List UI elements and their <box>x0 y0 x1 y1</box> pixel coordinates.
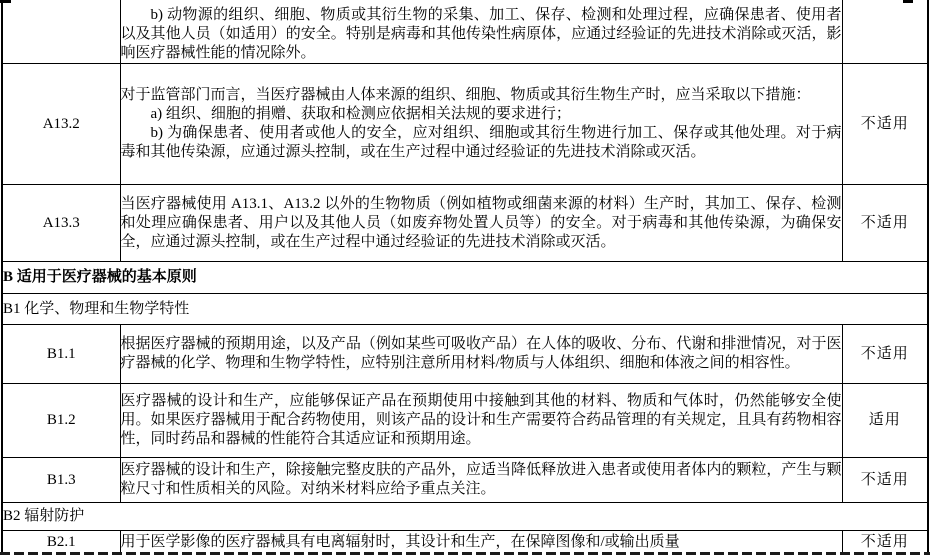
section-header: B 适用于医疗器械的基本原则 <box>2 262 928 294</box>
clause-paragraph: 当医疗器械使用 A13.1、A13.2 以外的生物物质（例如植物或细菌来源的材料… <box>121 195 842 252</box>
table-row: B1.3 医疗器械的设计和生产，除接触完整皮肤的产品外，应适当降低释放进入患者或… <box>2 458 928 503</box>
clause-text-cell: 根据医疗器械的预期用途，以及产品（例如某些可吸收产品）在人体的吸收、分布、代谢和… <box>120 325 842 384</box>
clause-paragraph: b) 动物源的组织、细胞、物质或其衍生物的采集、加工、保存、检测和处理过程，应确… <box>121 6 842 63</box>
section-row: B1 化学、物理和生物学特性 <box>2 294 928 325</box>
section-header: B1 化学、物理和生物学特性 <box>2 294 928 325</box>
clause-text-cell: 当医疗器械使用 A13.1、A13.2 以外的生物物质（例如植物或细菌来源的材料… <box>120 185 842 262</box>
table-row: A13.3 当医疗器械使用 A13.1、A13.2 以外的生物物质（例如植物或细… <box>2 185 928 262</box>
clause-text-cell: 医疗器械的设计和生产，除接触完整皮肤的产品外，应适当降低释放进入患者或使用者体内… <box>120 458 842 503</box>
clause-paragraph: 医疗器械的设计和生产，应能够保证产品在预期使用中接触到其他的材料、物质和气体时，… <box>121 392 842 449</box>
clause-text-cell: 对于监管部门而言，当医疗器械由人体来源的组织、细胞、物质或其衍生物生产时，应当采… <box>120 64 842 185</box>
clause-code-cell: B1.2 <box>2 384 120 458</box>
clause-paragraph: 医疗器械的设计和生产，除接触完整皮肤的产品外，应适当降低释放进入患者或使用者体内… <box>121 461 842 499</box>
clause-paragraph: 对于监管部门而言，当医疗器械由人体来源的组织、细胞、物质或其衍生物生产时，应当采… <box>121 86 842 105</box>
clause-code-cell: A13.3 <box>2 185 120 262</box>
clause-code-cell <box>2 0 120 64</box>
clause-paragraph: 根据医疗器械的预期用途，以及产品（例如某些可吸收产品）在人体的吸收、分布、代谢和… <box>121 335 842 373</box>
crop-border-artifact <box>0 0 11 3</box>
requirements-table: b) 动物源的组织、细胞、物质或其衍生物的采集、加工、保存、检测和处理过程，应确… <box>1 0 929 552</box>
document-page: b) 动物源的组织、细胞、物质或其衍生物的采集、加工、保存、检测和处理过程，应确… <box>0 0 930 555</box>
clause-text-cell: b) 动物源的组织、细胞、物质或其衍生物的采集、加工、保存、检测和处理过程，应确… <box>120 0 842 64</box>
clause-code-cell: B1.3 <box>2 458 120 503</box>
section-row: B2 辐射防护 <box>2 503 928 531</box>
table-row: b) 动物源的组织、细胞、物质或其衍生物的采集、加工、保存、检测和处理过程，应确… <box>2 0 928 64</box>
clause-paragraph: a) 组织、细胞的捐赠、获取和检测应依据相关法规的要求进行； <box>121 105 842 124</box>
clause-text-cell: 用于医学影像的医疗器械具有电离辐射时，其设计和生产，在保障图像和/或输出质量 <box>120 531 842 553</box>
section-row: B 适用于医疗器械的基本原则 <box>2 262 928 294</box>
applicability-cell: 不适用 <box>842 185 928 262</box>
applicability-cell: 不适用 <box>842 531 928 553</box>
clause-code-cell: A13.2 <box>2 64 120 185</box>
applicability-cell: 不适用 <box>842 458 928 503</box>
applicability-cell: 不适用 <box>842 64 928 185</box>
table-row: A13.2 对于监管部门而言，当医疗器械由人体来源的组织、细胞、物质或其衍生物生… <box>2 64 928 185</box>
table-row: B1.2 医疗器械的设计和生产，应能够保证产品在预期使用中接触到其他的材料、物质… <box>2 384 928 458</box>
applicability-cell: 适用 <box>842 384 928 458</box>
applicability-cell <box>842 0 928 64</box>
clause-code-cell: B1.1 <box>2 325 120 384</box>
applicability-cell: 不适用 <box>842 325 928 384</box>
clause-code-cell: B2.1 <box>2 531 120 553</box>
clause-paragraph: 用于医学影像的医疗器械具有电离辐射时，其设计和生产，在保障图像和/或输出质量 <box>121 533 842 552</box>
section-header: B2 辐射防护 <box>2 503 928 531</box>
table-row: B2.1 用于医学影像的医疗器械具有电离辐射时，其设计和生产，在保障图像和/或输… <box>2 531 928 553</box>
crop-border-artifact <box>903 0 913 3</box>
clause-text-cell: 医疗器械的设计和生产，应能够保证产品在预期使用中接触到其他的材料、物质和气体时，… <box>120 384 842 458</box>
clause-paragraph: b) 为确保患者、使用者或他人的安全，应对组织、细胞或其衍生物进行加工、保存或其… <box>121 124 842 162</box>
table-row: B1.1 根据医疗器械的预期用途，以及产品（例如某些可吸收产品）在人体的吸收、分… <box>2 325 928 384</box>
